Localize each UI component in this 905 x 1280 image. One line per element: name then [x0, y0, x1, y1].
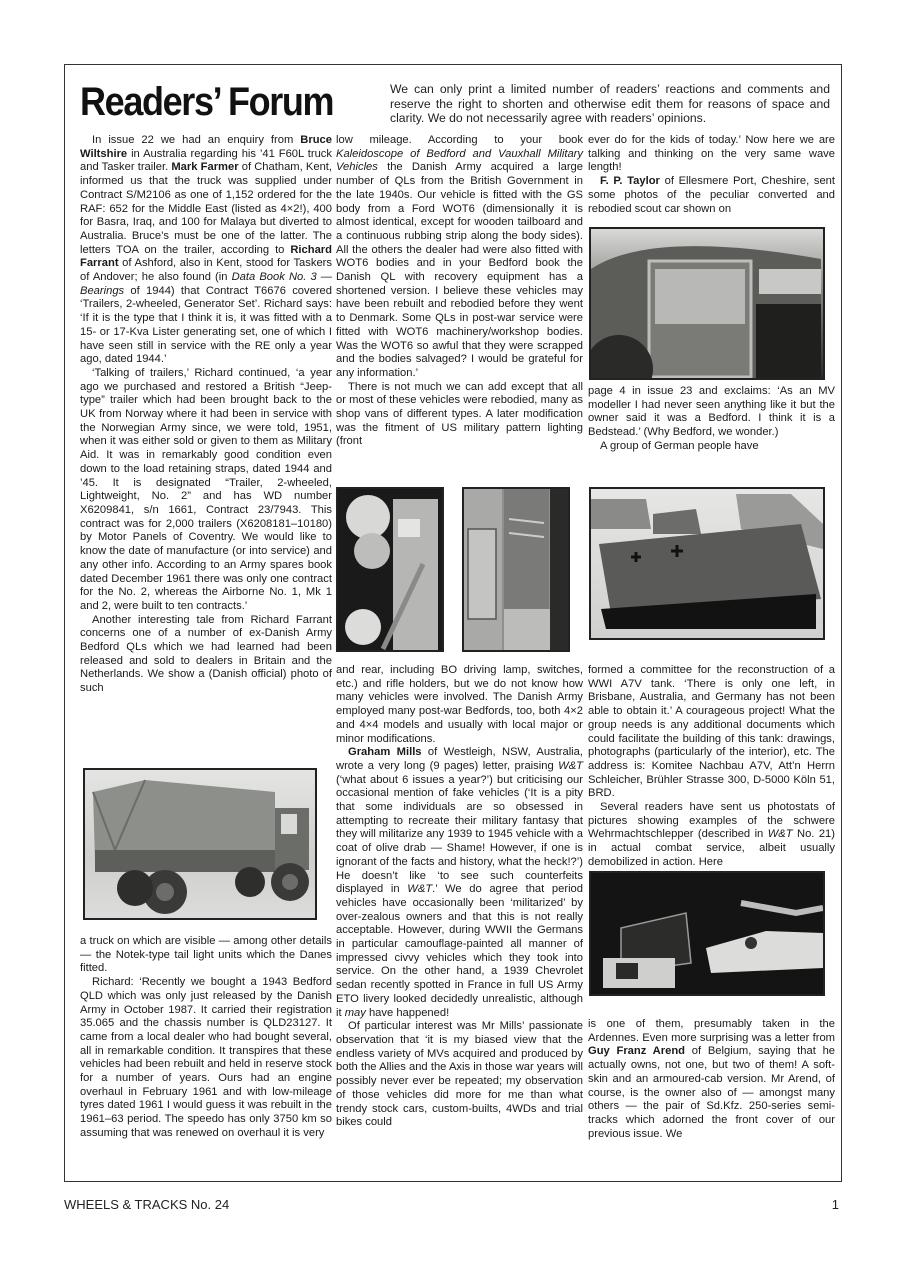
column-3: ever do for the kids of today.’ Now here… — [588, 134, 835, 216]
paragraph: There is not much we can add except that… — [336, 381, 583, 450]
column-1: In issue 22 we had an enquiry from Bruce… — [80, 134, 332, 696]
wehrmachtschlepper-photo — [589, 871, 825, 996]
reader-name: Graham Mills — [348, 746, 422, 758]
publication-footer: WHEELS & TRACKS No. 24 — [64, 1197, 229, 1212]
paragraph: low mileage. According to your book Kale… — [336, 134, 583, 381]
lights-detail-photo-2 — [462, 487, 570, 652]
paragraph: is one of them, presumably taken in the … — [588, 1018, 835, 1141]
paragraph: Several readers have sent us photostats … — [588, 801, 835, 870]
editorial-note: We can only print a limited number of re… — [390, 82, 830, 126]
paragraph: A group of German people have — [588, 440, 835, 454]
paragraph: Another interesting tale from Richard Fa… — [80, 614, 332, 696]
magazine-title: W&T — [558, 760, 583, 772]
paragraph: page 4 in issue 23 and exclaims: ‘As an … — [588, 385, 835, 440]
paragraph: Graham Mills of Westleigh, NSW, Australi… — [336, 746, 583, 1020]
paragraph: Of particular interest was Mr Mills’ pas… — [336, 1020, 583, 1130]
a7v-tank-photo — [589, 487, 825, 640]
paragraph: In issue 22 we had an enquiry from Bruce… — [80, 134, 332, 367]
reader-name: F. P. Taylor — [600, 175, 660, 187]
scout-car-photo — [589, 227, 825, 380]
reader-name: Mark Farmer — [171, 161, 238, 173]
page-title: Readers’ Forum — [80, 80, 333, 124]
bedford-truck-photo — [83, 768, 317, 920]
lights-detail-photo-1 — [336, 487, 444, 652]
paragraph: ‘Talking of trailers,’ Richard continued… — [80, 367, 332, 614]
paragraph: formed a committee for the reconstructio… — [588, 664, 835, 801]
column-3-continued: page 4 in issue 23 and exclaims: ‘As an … — [588, 385, 835, 454]
magazine-title: W&T — [407, 883, 432, 895]
magazine-title: W&T — [768, 828, 793, 840]
paragraph: F. P. Taylor of Ellesmere Port, Cheshire… — [588, 175, 835, 216]
paragraph: a truck on which are visible — among oth… — [80, 935, 332, 976]
truck-illustration — [85, 770, 315, 918]
reader-name: Guy Franz Arend — [588, 1045, 685, 1057]
paragraph: ever do for the kids of today.’ Now here… — [588, 134, 835, 175]
column-3-bottom: is one of them, presumably taken in the … — [588, 1018, 835, 1141]
paragraph: Richard: ‘Recently we bought a 1943 Bedf… — [80, 976, 332, 1140]
column-2: low mileage. According to your book Kale… — [336, 134, 583, 449]
paragraph: and rear, including BO driving lamp, swi… — [336, 664, 583, 746]
column-1-continued: a truck on which are visible — among oth… — [80, 935, 332, 1141]
column-2-continued: and rear, including BO driving lamp, swi… — [336, 664, 583, 1130]
column-3-middle: formed a committee for the reconstructio… — [588, 664, 835, 870]
page-number: 1 — [832, 1197, 839, 1212]
